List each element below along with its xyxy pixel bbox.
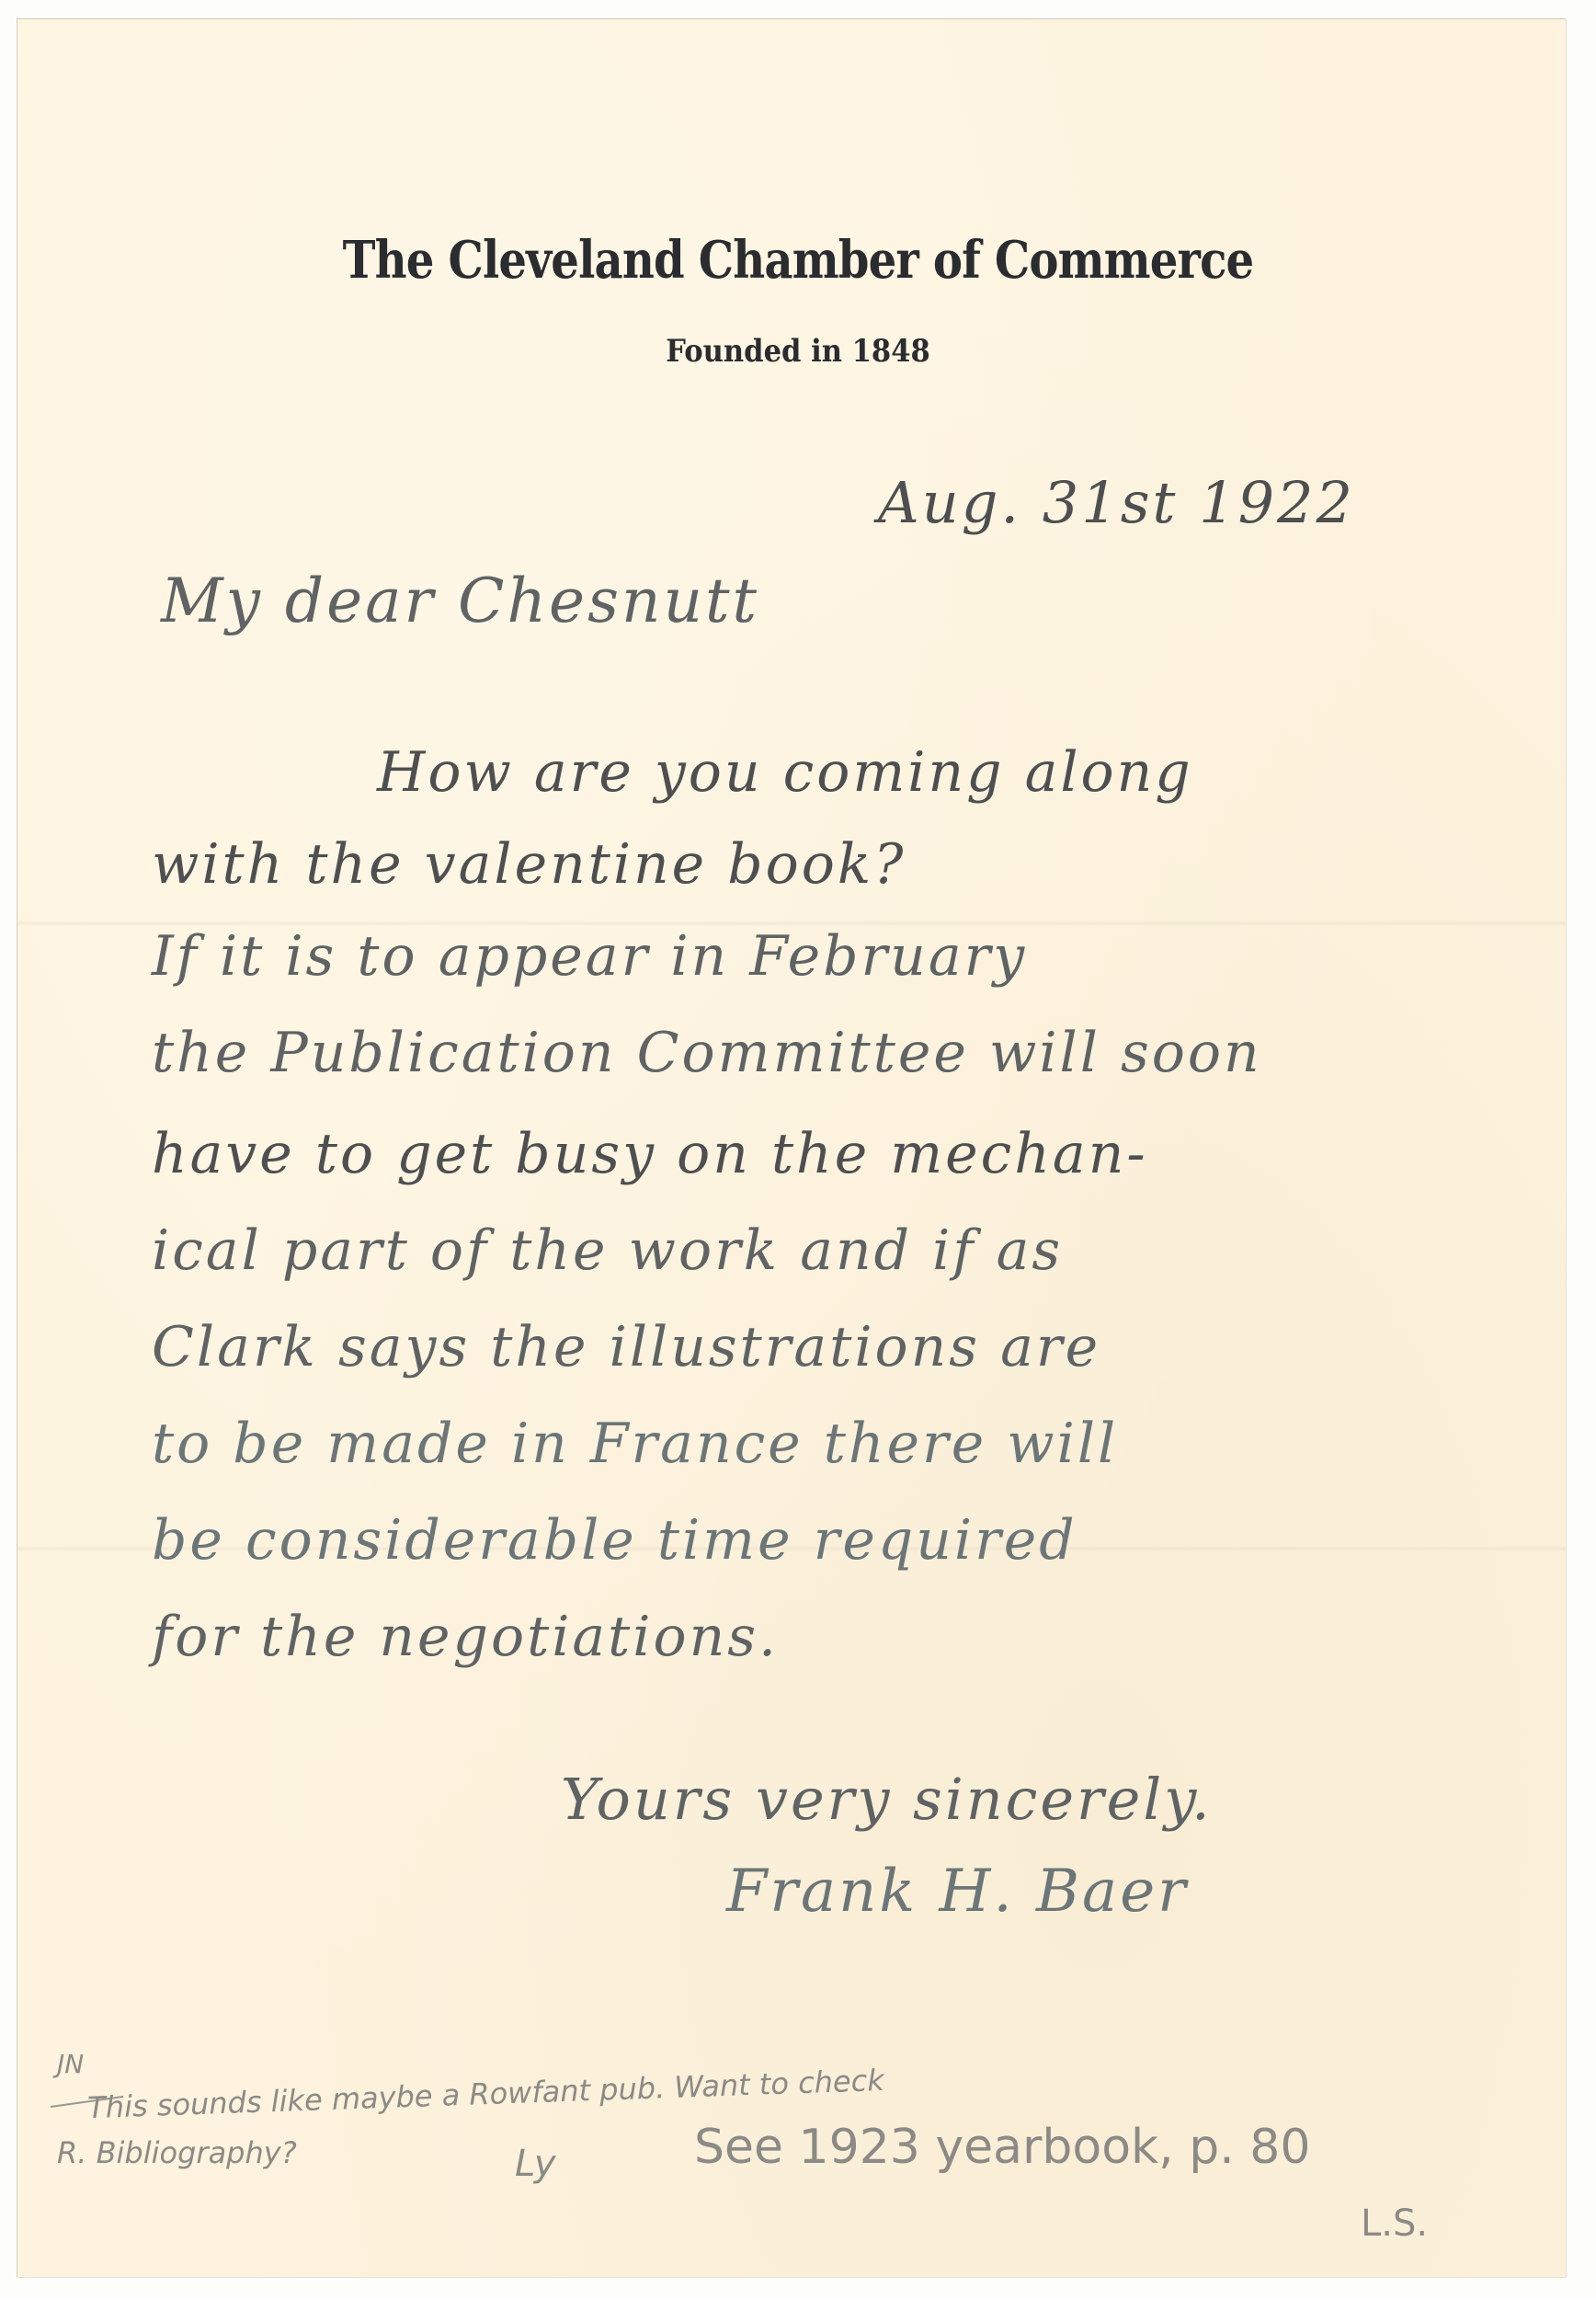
- body-line-6: ical part of the work and if as: [152, 1218, 1063, 1283]
- letterhead-founded: Founded in 1848: [80, 333, 1516, 370]
- body-line-7: Clark says the illustrations are: [152, 1315, 1100, 1379]
- body-line-9: be considerable time required: [152, 1508, 1077, 1573]
- body-line-3: If it is to appear in February: [152, 924, 1027, 989]
- letter-closing: Yours very sincerely.: [561, 1766, 1213, 1833]
- annotation-initials-ls: L.S.: [1361, 2202, 1428, 2245]
- body-line-1: How are you coming along: [377, 740, 1193, 805]
- annotation-mark: Ly: [515, 2143, 556, 2185]
- body-line-2: with the valentine book?: [152, 832, 906, 897]
- letter-salutation: My dear Chesnutt: [161, 566, 759, 636]
- body-line-4: the Publication Committee will soon: [152, 1021, 1262, 1085]
- annotation-see-reference: See 1923 yearbook, p. 80: [694, 2120, 1310, 2175]
- body-line-5: have to get busy on the mechan-: [152, 1122, 1148, 1186]
- annotation-note-line-2: R. Bibliography?: [57, 2135, 297, 2170]
- annotation-initials-jn: JN: [57, 2049, 84, 2079]
- letter-date: Aug. 31st 1922: [878, 469, 1355, 536]
- body-line-8: to be made in France there will: [152, 1412, 1118, 1476]
- letterhead-organization: The Cleveland Chamber of Commerce: [112, 230, 1485, 291]
- body-line-10: for the negotiations.: [152, 1605, 779, 1669]
- letter-signature: Frank H. Baer: [726, 1858, 1189, 1926]
